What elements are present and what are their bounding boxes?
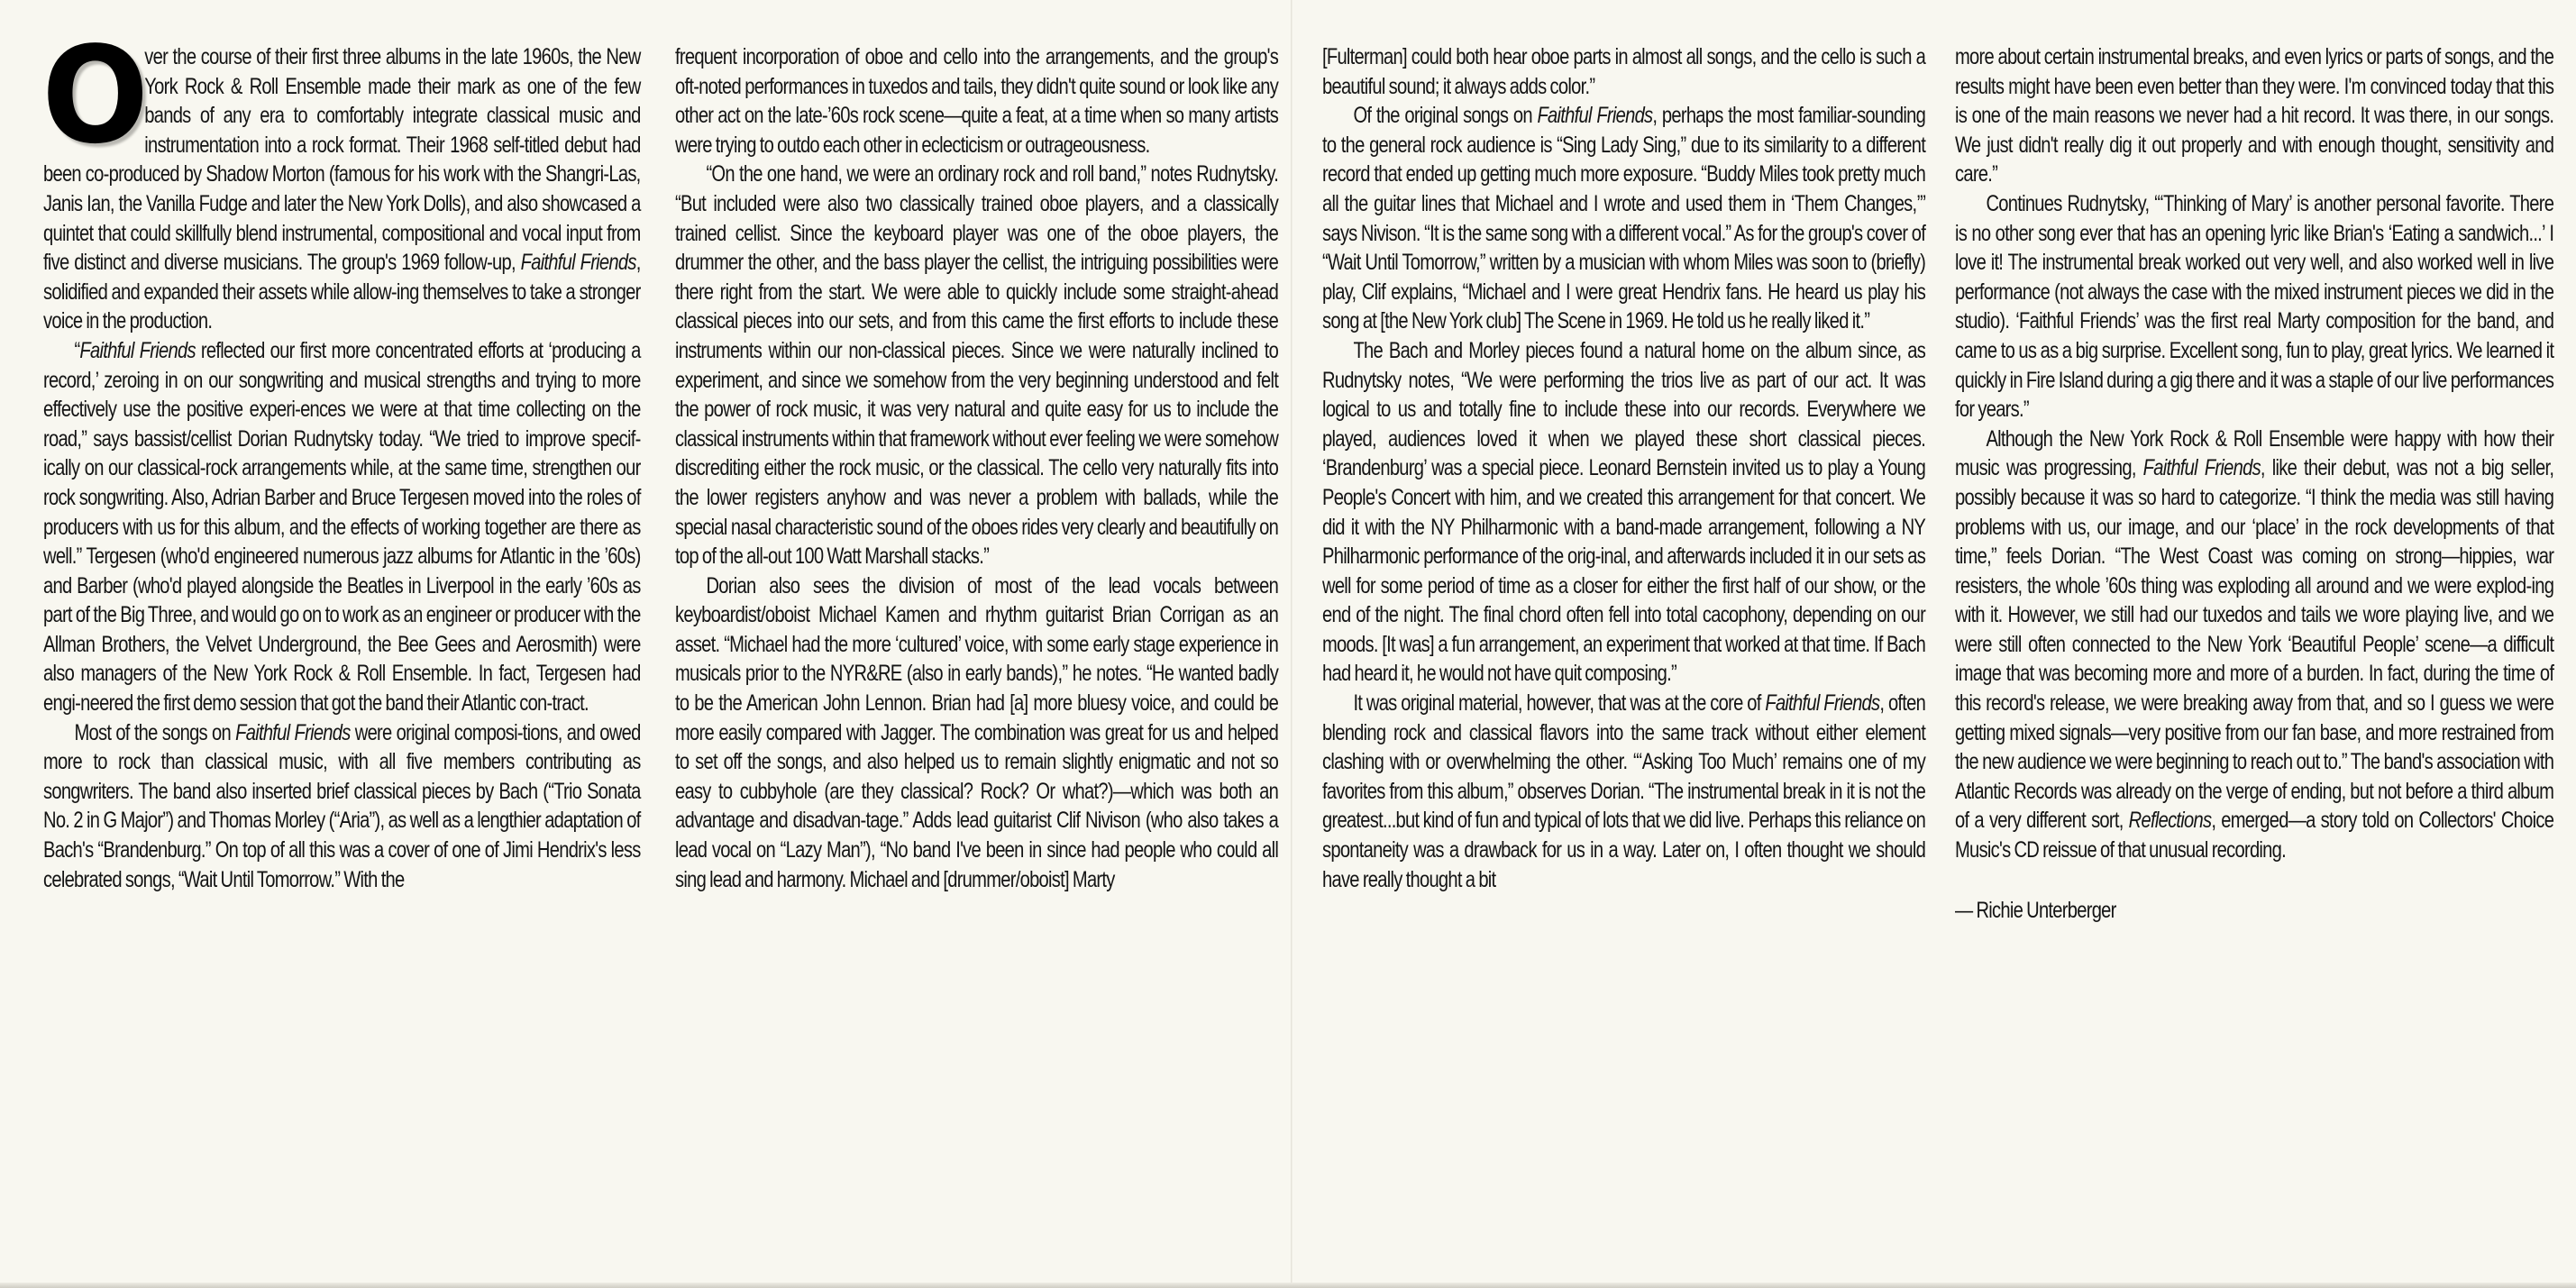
italic-title: Faithful Friends — [235, 721, 350, 745]
page-bottom-edge — [0, 1283, 2576, 1288]
text-run: Most of the songs on — [74, 721, 235, 745]
italic-title: Faithful Friends — [1537, 104, 1652, 128]
italic-title: Reflections — [2129, 808, 2212, 833]
text-run: Of the original songs on — [1353, 104, 1537, 128]
italic-title: Faithful Friends — [2143, 456, 2261, 480]
paragraph: Continues Rudnytsky, “‘Thinking of Mary’… — [1955, 190, 2553, 425]
text-run: frequent incorporation of oboe and cello… — [675, 45, 1278, 158]
text-run: reflected our first more concentrated ef… — [43, 339, 641, 716]
text-column-2: frequent incorporation of oboe and cello… — [675, 43, 1278, 895]
drop-cap: O — [41, 49, 148, 142]
paragraph: Of the original songs on Faithful Friend… — [1322, 102, 1925, 337]
text-column-4: more about certain instrumental breaks, … — [1955, 43, 2553, 926]
text-run: more about certain instrumental breaks, … — [1955, 45, 2553, 187]
paragraph: more about certain instrumental breaks, … — [1955, 43, 2553, 190]
paragraph: “Faithful Friends reflected our first mo… — [43, 337, 641, 719]
paragraph: Dorian also sees the division of most of… — [675, 572, 1278, 896]
page-fold — [1291, 0, 1293, 1288]
text-run: Continues Rudnytsky, “‘Thinking of Mary’… — [1955, 192, 2553, 422]
paragraph: The Bach and Morley pieces found a natur… — [1322, 337, 1925, 690]
text-run: , like their debut, was not a big seller… — [1955, 456, 2553, 833]
liner-notes-spread: O ver the course of their first three al… — [0, 0, 2576, 1288]
paragraph: Although the New York Rock & Roll Ensemb… — [1955, 425, 2553, 866]
italic-title: Faithful Friends — [1765, 691, 1879, 716]
author-byline: — Richie Unterberger — [1955, 897, 2553, 927]
paragraph: Most of the songs on Faithful Friends we… — [43, 719, 641, 896]
italic-title: Faithful Friends — [79, 339, 195, 363]
paragraph: It was original material, however, that … — [1322, 690, 1925, 895]
text-run: It was original material, however, that … — [1353, 691, 1765, 716]
text-run: were original composi-tions, and owed mo… — [43, 721, 641, 892]
text-column-1: O ver the course of their first three al… — [43, 43, 641, 895]
text-run: The Bach and Morley pieces found a natur… — [1322, 339, 1925, 687]
text-run: Dorian also sees the division of most of… — [675, 574, 1278, 892]
text-run: , perhaps the most familiar-sounding to … — [1322, 104, 1925, 333]
text-run: “On the one hand, we were an ordinary ro… — [675, 162, 1278, 569]
italic-title: Faithful Friends — [521, 251, 636, 275]
paragraph: “On the one hand, we were an ordinary ro… — [675, 160, 1278, 571]
text-column-3: [Fulterman] could both hear oboe parts i… — [1322, 43, 1925, 895]
paragraph: [Fulterman] could both hear oboe parts i… — [1322, 43, 1925, 102]
text-run: [Fulterman] could both hear oboe parts i… — [1322, 45, 1925, 99]
text-run: , often blending rock and classical flav… — [1322, 691, 1925, 892]
paragraph: frequent incorporation of oboe and cello… — [675, 43, 1278, 160]
